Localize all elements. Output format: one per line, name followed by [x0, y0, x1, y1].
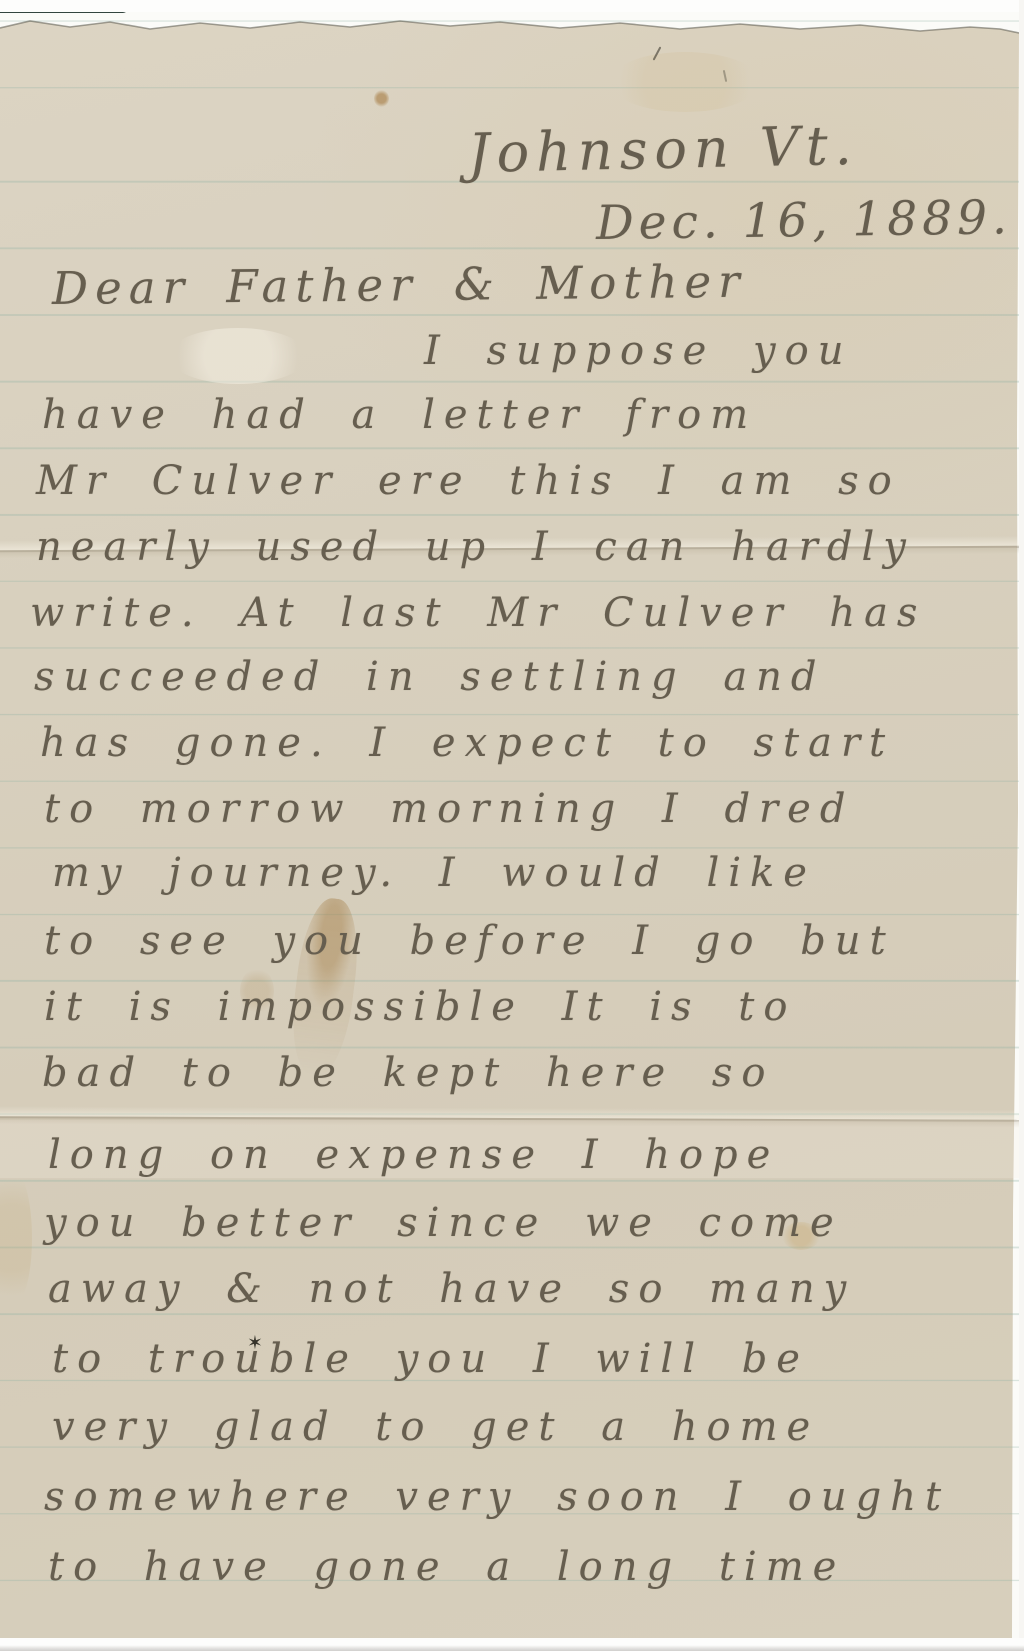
letter-line: my journey. I would like: [52, 850, 816, 896]
letter-line: somewhere very soon I ought: [44, 1474, 950, 1520]
letter-line: very glad to get a home: [52, 1404, 819, 1450]
heading-place: Johnson Vt.: [467, 114, 859, 185]
letter-line: away & not have so many: [48, 1266, 855, 1312]
scanned-letter-page: Johnson Vt. Dec. 16, 1889. Dear Father &…: [0, 0, 1024, 1651]
letter-line: to see you before I go but: [44, 918, 895, 964]
salutation: Dear Father & Mother: [52, 255, 747, 315]
letter-line: to morrow morning I dred: [44, 786, 854, 832]
letter-line: to have gone a long time: [48, 1544, 845, 1590]
letter-line: to trouble you I will be: [52, 1336, 809, 1382]
scanner-margin-right: [1019, 0, 1024, 1651]
heading-date: Dec. 16, 1889.: [596, 190, 1013, 251]
letter-line: long on expense I hope: [48, 1132, 779, 1178]
ink-blot-star: ✶: [247, 1332, 263, 1354]
letter-line: you better since we come: [44, 1200, 843, 1246]
letter-line: I suppose you: [424, 328, 852, 374]
letter-line: succeeded in settling and: [34, 654, 826, 700]
letter-line: bad to be kept here so: [42, 1050, 775, 1096]
scanner-margin-top: [0, 0, 1024, 12]
letter-line: it is impossible It is to: [44, 984, 796, 1030]
letter-line: have had a letter from: [42, 392, 757, 438]
letter-line: has gone. I expect to start: [40, 720, 894, 766]
letter-line: nearly used up I can hardly: [36, 524, 915, 570]
letter-line: write. At last Mr Culver has: [30, 590, 926, 636]
scanner-margin-bottom: [0, 1638, 1024, 1651]
letter-line: Mr Culver ere this I am so: [36, 458, 901, 504]
